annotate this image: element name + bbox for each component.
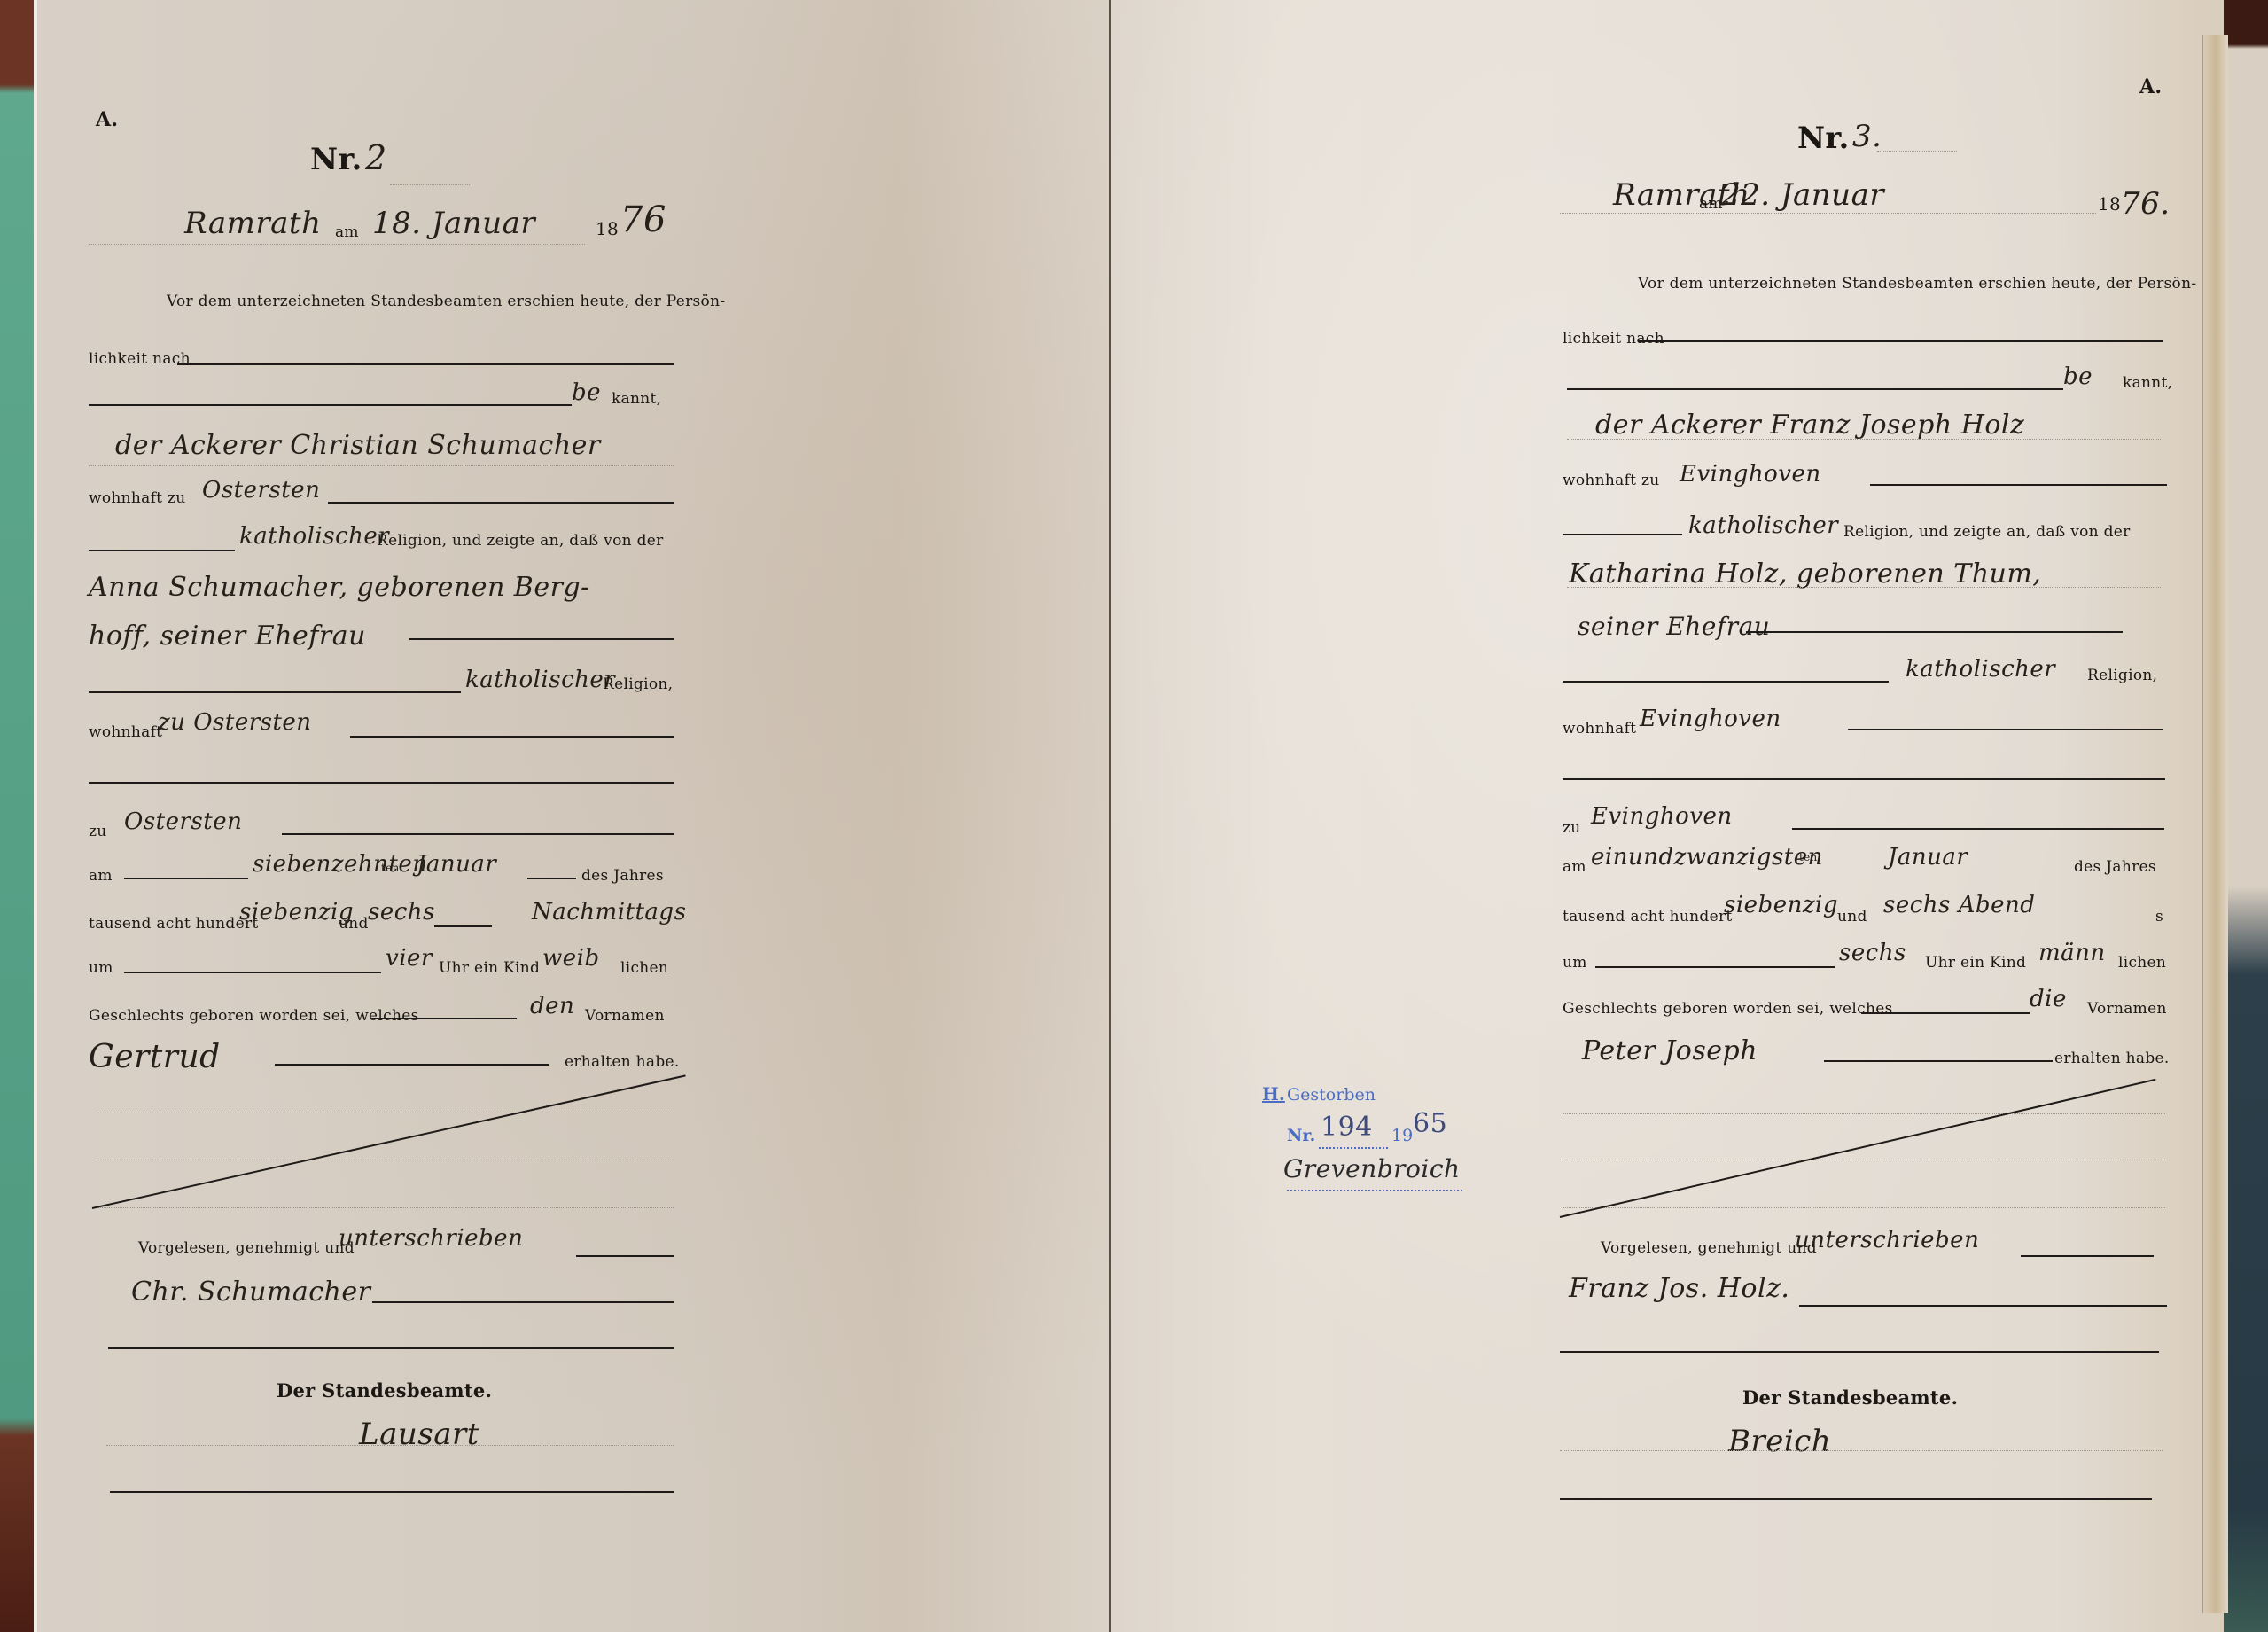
- stamp-nr-label: Nr.: [1287, 1126, 1315, 1145]
- dotted-line: [1563, 1113, 2165, 1114]
- year-suffix: 76.: [2121, 186, 2171, 222]
- tausend-label: tausend acht hundert: [1563, 908, 1733, 925]
- form-line: [1563, 681, 1889, 683]
- official-title: Der Standesbeamte.: [277, 1379, 492, 1402]
- declarant-signature: Chr. Schumacher: [131, 1277, 370, 1308]
- declarant-residence: Ostersten: [202, 477, 320, 504]
- wohnhaft-label: wohnhaft: [1563, 720, 1636, 738]
- form-line: [2021, 1255, 2154, 1257]
- year-words-b: sechs Abend: [1883, 892, 2035, 918]
- und-label: und: [1837, 908, 1867, 925]
- form-line: [434, 925, 492, 927]
- mother-name-line2: seiner Ehefrau: [1578, 612, 1770, 641]
- form-line: [177, 363, 674, 365]
- mother-name-line1: Anna Schumacher, geborenen Berg-: [89, 572, 590, 603]
- mother-residence: zu Ostersten: [158, 709, 312, 736]
- form-line: [89, 550, 235, 551]
- und-label: und: [339, 915, 369, 933]
- vorgelesen-label: Vorgelesen, genehmigt und: [138, 1239, 355, 1257]
- declarant-religion: katholischer: [239, 523, 389, 550]
- uhr-kind: Uhr ein Kind: [439, 959, 540, 977]
- date: 22. Januar: [1721, 177, 1884, 213]
- religion-label: Religion,: [2087, 667, 2157, 684]
- vornamen-label: Vornamen: [585, 1007, 665, 1025]
- section-letter: A.: [2139, 75, 2162, 98]
- mother-residence: Evinghoven: [1640, 706, 1781, 732]
- um-label: um: [1563, 954, 1587, 972]
- erhalten-label: erhalten habe.: [565, 1053, 680, 1071]
- form-line: [1595, 966, 1835, 968]
- ten-suffix: ten: [381, 862, 400, 874]
- form-line: [1567, 388, 2063, 390]
- lichkeit-label: lichkeit nach: [1563, 330, 1664, 347]
- declarant-signature: Franz Jos. Holz.: [1569, 1273, 1789, 1304]
- entry-number-label: Nr.: [310, 142, 362, 177]
- child-name: Gertrud: [89, 1039, 221, 1075]
- year-prefix: 18: [2098, 193, 2121, 215]
- dotted-line: [1877, 151, 1957, 152]
- article: die: [2030, 986, 2067, 1012]
- am-label: am: [1699, 195, 1723, 213]
- form-line: [1848, 729, 2163, 730]
- tausend-label: tausend acht hundert: [89, 915, 259, 933]
- intro-text: Vor dem unterzeichneten Standesbeamten e…: [167, 293, 725, 310]
- um-label: um: [89, 959, 113, 977]
- time-suffix: s: [2155, 908, 2163, 925]
- mother-religion: katholischer: [1906, 656, 2055, 683]
- bekannt-hand: be: [572, 379, 601, 406]
- time-of-day: Nachmittags: [532, 899, 686, 925]
- section-letter: A.: [96, 108, 118, 131]
- am-label-2: am: [1563, 858, 1586, 876]
- birth-place: Evinghoven: [1591, 803, 1733, 830]
- year-suffix: 76: [620, 199, 666, 240]
- form-line: [89, 782, 674, 784]
- form-line: [282, 833, 674, 835]
- form-line: [1870, 484, 2167, 486]
- stamp-dotted-line: [1319, 1147, 1388, 1149]
- form-line: [1799, 1305, 2167, 1307]
- sex-hand: männ: [2038, 940, 2106, 966]
- dotted-line: [89, 244, 585, 245]
- stamp-label: Gestorben: [1287, 1085, 1376, 1105]
- birth-place: Ostersten: [124, 808, 242, 835]
- declarant-religion: katholischer: [1688, 512, 1838, 539]
- dotted-line: [390, 184, 470, 185]
- vorgelesen-label: Vorgelesen, genehmigt und: [1601, 1239, 1817, 1257]
- declarant: der Ackerer Franz Joseph Holz: [1595, 410, 2024, 441]
- form-line: [1746, 631, 2123, 633]
- hour: sechs: [1839, 940, 1906, 966]
- zu-label: zu: [1563, 819, 1581, 837]
- wohnhaft-zu-label: wohnhaft zu: [89, 489, 186, 507]
- stamp-place-signature: Grevenbroich: [1283, 1154, 1461, 1183]
- sex-print: lichen: [620, 959, 668, 977]
- page-stack-edge: [2202, 35, 2228, 1613]
- official-signature: Breich: [1728, 1424, 1831, 1459]
- stamp-dotted-line: [1287, 1190, 1462, 1191]
- dotted-line: [1563, 1160, 2165, 1160]
- form-line: [1638, 340, 2163, 342]
- am-label-2: am: [89, 867, 113, 885]
- birth-month: Januar: [1888, 844, 1968, 871]
- dotted-line: [97, 1113, 674, 1113]
- form-line: [89, 404, 572, 406]
- form-line: [527, 878, 576, 879]
- form-line: [350, 736, 674, 738]
- form-line: [1563, 778, 2165, 780]
- form-line: [275, 1064, 549, 1066]
- mother-name-line1: Katharina Holz, geborenen Thum,: [1569, 558, 2041, 590]
- des-jahres: des Jahres: [581, 867, 664, 885]
- dotted-line: [1567, 587, 2161, 588]
- entry-number-label: Nr.: [1797, 121, 1850, 156]
- intro-text: Vor dem unterzeichneten Standesbeamten e…: [1638, 275, 2196, 293]
- dotted-line: [1560, 213, 2096, 214]
- form-line: [1560, 1498, 2152, 1500]
- religion-text: Religion, und zeigte an, daß von der: [377, 532, 664, 550]
- religion-label: Religion,: [603, 675, 673, 693]
- year-words-b: sechs: [368, 899, 435, 925]
- form-line: [409, 638, 674, 640]
- birth-day: siebenzehnten: [253, 851, 427, 878]
- geschlechts-text: Geschlechts geboren worden sei, welches: [89, 1007, 419, 1025]
- place: Ramrath: [184, 206, 321, 241]
- declarant: der Ackerer Christian Schumacher: [115, 430, 601, 461]
- birth-month: Januar: [417, 851, 496, 878]
- form-line: [1563, 534, 1682, 535]
- form-line: [1824, 1060, 2053, 1062]
- dotted-line: [1567, 439, 2161, 440]
- dotted-line: [1560, 1450, 2163, 1451]
- year-words-a: siebenzig: [239, 899, 354, 925]
- am-label: am: [335, 223, 359, 241]
- sex-print: lichen: [2118, 954, 2166, 972]
- form-line: [1560, 1351, 2159, 1353]
- form-line: [1861, 1012, 2030, 1014]
- form-line: [124, 878, 248, 879]
- dotted-line: [106, 1445, 674, 1446]
- des-jahres: des Jahres: [2074, 858, 2156, 876]
- dotted-line: [1563, 1207, 2165, 1208]
- wohnhaft-label: wohnhaft: [89, 723, 162, 741]
- article: den: [530, 993, 574, 1019]
- wohnhaft-zu-label: wohnhaft zu: [1563, 472, 1660, 489]
- stamp-year-value: 65: [1413, 1108, 1447, 1139]
- declarant-residence: Evinghoven: [1680, 461, 1821, 488]
- stamp-prefix: H.: [1262, 1083, 1285, 1105]
- vornamen-label: Vornamen: [2087, 1000, 2167, 1018]
- erhalten-label: erhalten habe.: [2054, 1050, 2170, 1067]
- stamp-nr-value: 194: [1321, 1112, 1373, 1143]
- form-line: [372, 1301, 674, 1303]
- dotted-line: [89, 465, 674, 466]
- form-line: [370, 1018, 517, 1019]
- vorgelesen-hand: unterschrieben: [1795, 1227, 1979, 1253]
- year-prefix: 18: [596, 218, 619, 239]
- official-signature: Lausart: [359, 1417, 479, 1452]
- stamp-year-prefix: 19: [1391, 1126, 1413, 1145]
- dotted-line: [97, 1160, 674, 1160]
- form-line: [89, 691, 461, 693]
- child-name: Peter Joseph: [1582, 1035, 1758, 1066]
- lichkeit-label: lichkeit nach: [89, 350, 191, 368]
- official-title: Der Standesbeamte.: [1742, 1386, 1958, 1409]
- sex-hand: weib: [542, 945, 600, 972]
- zu-label: zu: [89, 823, 107, 840]
- form-line: [1792, 828, 2164, 830]
- form-line: [576, 1255, 674, 1257]
- bekannt-print: kannt,: [2123, 374, 2172, 392]
- dotted-line: [97, 1207, 674, 1208]
- form-line: [124, 972, 381, 973]
- date: 18. Januar: [372, 206, 535, 241]
- religion-text: Religion, und zeigte an, daß von der: [1843, 523, 2131, 541]
- bekannt-print: kannt,: [612, 390, 661, 408]
- entry-number: 3.: [1852, 119, 1882, 154]
- bekannt-hand: be: [2063, 363, 2093, 390]
- ten-suffix: ten: [1799, 851, 1818, 863]
- hour: vier: [386, 945, 433, 972]
- mother-name-line2: hoff, seiner Ehefrau: [89, 621, 366, 652]
- form-line: [328, 502, 674, 504]
- geschlechts-text: Geschlechts geboren worden sei, welches: [1563, 1000, 1893, 1018]
- vorgelesen-hand: unterschrieben: [339, 1225, 523, 1252]
- entry-number: 2: [365, 138, 387, 177]
- year-words-a: siebenzig: [1724, 892, 1838, 918]
- mother-religion: katholischer: [465, 667, 615, 693]
- birth-day: einundzwanzigsten: [1591, 844, 1823, 871]
- form-line: [110, 1491, 674, 1493]
- form-line: [108, 1347, 674, 1349]
- uhr-kind: Uhr ein Kind: [1925, 954, 2026, 972]
